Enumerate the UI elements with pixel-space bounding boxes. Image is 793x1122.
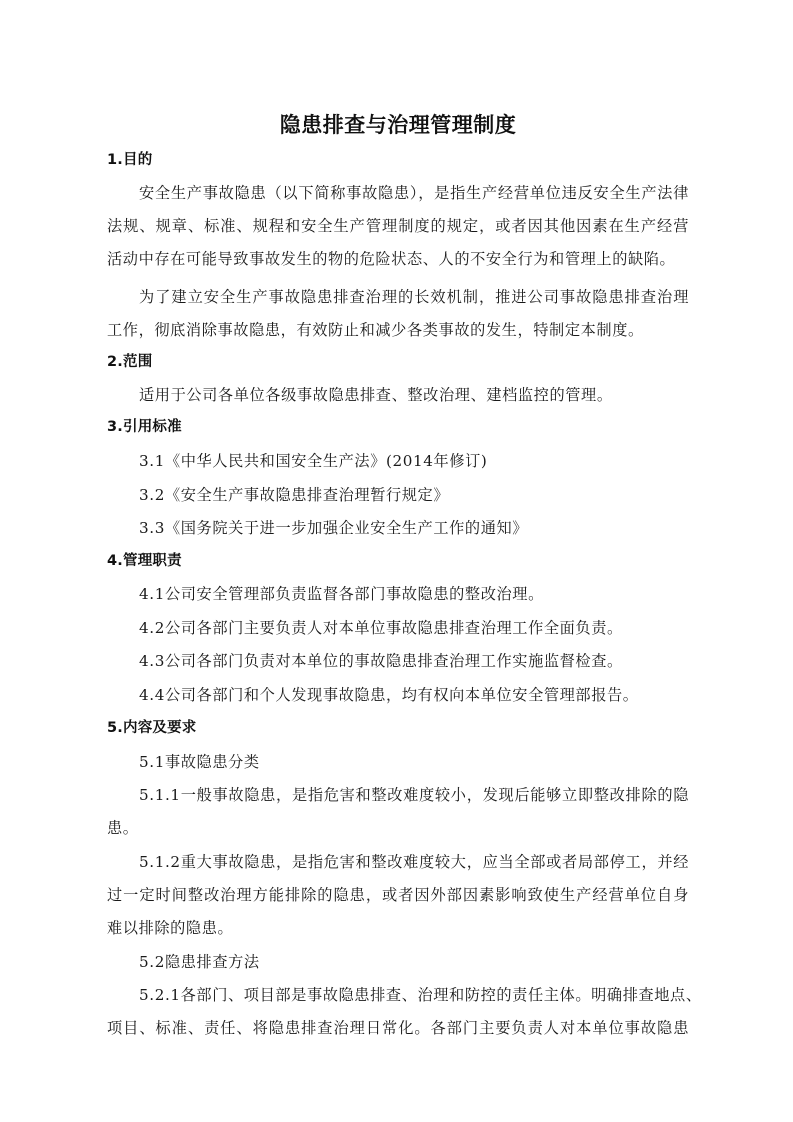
paragraph-line: 活动中存在可能导致事故发生的物的危险状态、人的不安全行为和管理上的缺陷。 <box>107 248 689 270</box>
paragraph-line: 项目、标准、责任、将隐患排查治理日常化。各部门主要负责人对本单位事故隐患 <box>107 1017 689 1039</box>
section-heading-scope: 2.范围 <box>107 351 689 373</box>
reference-item: 3.1《中华人民共和国安全生产法》(2014年修订) <box>139 450 689 472</box>
responsibility-item: 4.2公司各部门主要负责人对本单位事故隐患排查治理工作全面负责。 <box>139 617 689 639</box>
reference-item: 3.2《安全生产事故隐患排查治理暂行规定》 <box>139 484 689 506</box>
responsibility-item: 4.3公司各部门负责对本单位的事故隐患排查治理工作实施监督检查。 <box>139 650 689 672</box>
paragraph-line: 5.1.2重大事故隐患，是指危害和整改难度较大，应当全部或者局部停工，并经 <box>139 851 689 873</box>
document-title: 隐患排查与治理管理制度 <box>107 110 689 140</box>
paragraph-line: 法规、规章、标准、规程和安全生产管理制度的规定，或者因其他因素在生产经营 <box>107 215 689 237</box>
paragraph-line: 患。 <box>107 817 689 839</box>
section-heading-content-requirements: 5.内容及要求 <box>107 717 689 739</box>
responsibility-item: 4.4公司各部门和个人发现事故隐患，均有权向本单位安全管理部报告。 <box>139 684 689 706</box>
paragraph-line: 5.2.1各部门、项目部是事故隐患排查、治理和防控的责任主体。明确排查地点、 <box>139 984 689 1006</box>
paragraph-line: 5.1.1一般事故隐患，是指危害和整改难度较小，发现后能够立即整改排除的隐 <box>139 784 689 806</box>
paragraph-line: 过一定时间整改治理方能排除的隐患，或者因外部因素影响致使生产经营单位自身 <box>107 884 689 906</box>
subsection-heading: 5.2隐患排查方法 <box>139 951 689 973</box>
paragraph-line: 安全生产事故隐患（以下简称事故隐患），是指生产经营单位违反安全生产法律 <box>139 182 689 204</box>
paragraph-line: 工作，彻底消除事故隐患，有效防止和减少各类事故的发生，特制定本制度。 <box>107 319 689 341</box>
subsection-heading: 5.1事故隐患分类 <box>139 751 689 773</box>
section-heading-references: 3.引用标准 <box>107 416 689 438</box>
reference-item: 3.3《国务院关于进一步加强企业安全生产工作的通知》 <box>139 517 689 539</box>
responsibility-item: 4.1公司安全管理部负责监督各部门事故隐患的整改治理。 <box>139 583 689 605</box>
paragraph-line: 难以排除的隐患。 <box>107 917 689 939</box>
paragraph-line: 适用于公司各单位各级事故隐患排查、整改治理、建档监控的管理。 <box>139 384 689 406</box>
section-heading-responsibilities: 4.管理职责 <box>107 550 689 572</box>
paragraph-line: 为了建立安全生产事故隐患排查治理的长效机制，推进公司事故隐患排查治理 <box>139 286 689 308</box>
section-heading-purpose: 1.目的 <box>107 149 689 171</box>
